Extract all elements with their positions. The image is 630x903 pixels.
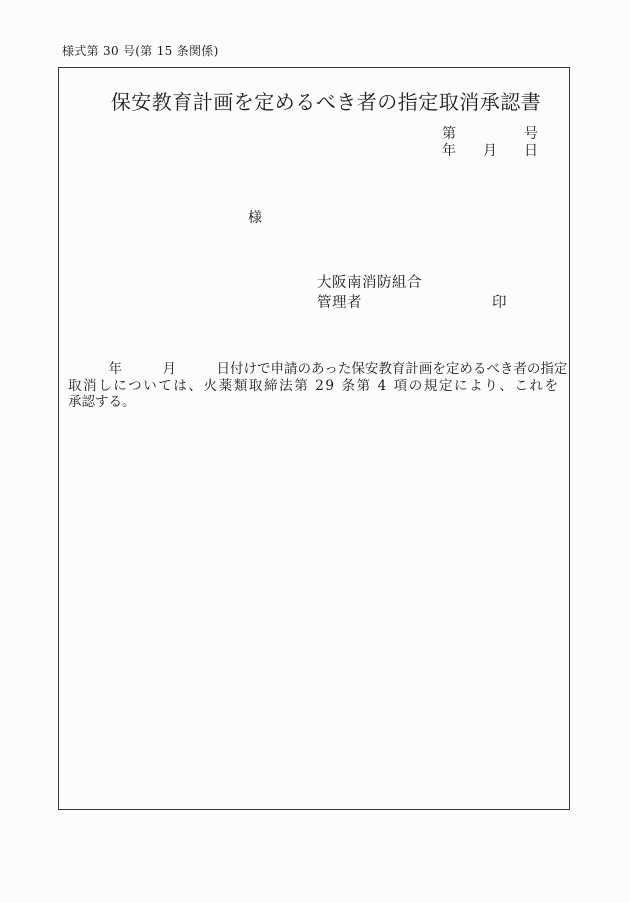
date-month-label: 月 xyxy=(483,144,497,158)
addressee-honorific: 様 xyxy=(248,207,262,227)
body-line-3: 承認する。 xyxy=(68,394,564,411)
document-title: 保安教育計画を定めるべき者の指定取消承認書 xyxy=(59,86,569,115)
issuer-seal-mark: 印 xyxy=(492,291,507,312)
document-frame: 保安教育計画を定めるべき者の指定取消承認書 第 号 年 月 日 様 大阪南消防組… xyxy=(58,67,570,810)
issuer-title: 管理者 xyxy=(317,291,362,312)
document-body: 年 月 日付けで申請のあった保安教育計画を定めるべき者の指定 取消しについては、… xyxy=(68,361,564,411)
issuer-title-line: 管理者 印 xyxy=(317,291,507,312)
document-page: 様式第 30 号(第 15 条関係) 保安教育計画を定めるべき者の指定取消承認書… xyxy=(0,0,630,903)
date-day-label: 日 xyxy=(524,144,538,158)
body-line-2: 取消しについては、火薬類取締法第 29 条第 4 項の規定により、これを xyxy=(68,378,564,395)
number-suffix-label: 号 xyxy=(524,127,538,141)
date-year-label: 年 xyxy=(442,144,456,158)
document-number-line: 第 号 xyxy=(442,127,538,141)
document-date-line: 年 月 日 xyxy=(442,144,538,158)
number-prefix-label: 第 xyxy=(442,127,456,141)
body-line-1: 年 月 日付けで申請のあった保安教育計画を定めるべき者の指定 xyxy=(68,361,564,378)
issuer-organization: 大阪南消防組合 xyxy=(317,271,422,292)
form-number-label: 様式第 30 号(第 15 条関係) xyxy=(62,42,219,59)
